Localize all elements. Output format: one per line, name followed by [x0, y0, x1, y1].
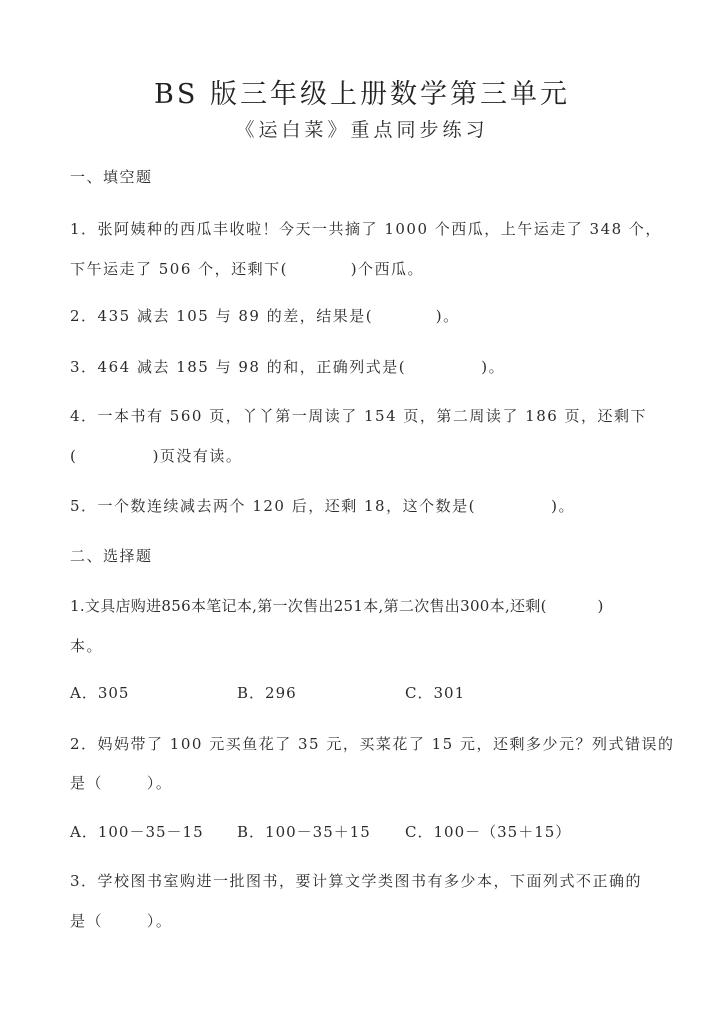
question-1-line-1: 1．张阿姨种的西瓜丰收啦！今天一共摘了 1000 个西瓜，上午运走了 348 个…	[70, 218, 662, 239]
document-subtitle: 《运白菜》重点同步练习	[0, 115, 724, 142]
choice-question-1-line-2: 本。	[70, 635, 103, 656]
document-title: BS 版三年级上册数学第三单元	[0, 72, 724, 111]
choice-question-1-line-1: 1.文具店购进856本笔记本,第一次售出251本,第二次售出300本,还剩( )	[70, 595, 604, 616]
question-5-line-1: 5．一个数连续减去两个 120 后，还剩 18，这个数是( )。	[70, 495, 575, 516]
choice-2-option-a: A．100－35－15	[70, 821, 204, 842]
choice-2-option-b: B．100－35＋15	[237, 821, 371, 842]
choice-question-3-line-1: 3．学校图书室购进一批图书，要计算文学类图书有多少本，下面列式不正确的	[70, 870, 642, 891]
question-4-line-1: 4．一本书有 560 页，丫丫第一周读了 154 页，第二周读了 186 页，还…	[70, 405, 647, 426]
section-heading-multiple-choice: 二、选择题	[70, 545, 153, 566]
choice-1-option-a: A．305	[70, 682, 129, 703]
choice-question-3-line-2: 是（ ）。	[70, 910, 172, 931]
section-heading-fill-blank: 一、填空题	[70, 166, 153, 187]
choice-1-option-b: B．296	[237, 682, 297, 703]
choice-1-option-c: C．301	[405, 682, 465, 703]
question-4-line-2: ( )页没有读。	[70, 445, 242, 466]
choice-question-2-line-2: 是（ ）。	[70, 772, 172, 793]
question-2-line-1: 2．435 减去 105 与 89 的差，结果是( )。	[70, 305, 460, 326]
worksheet-page: BS 版三年级上册数学第三单元 《运白菜》重点同步练习 一、填空题 1．张阿姨种…	[0, 0, 724, 1024]
choice-question-2-line-1: 2．妈妈带了 100 元买鱼花了 35 元，买菜花了 15 元，还剩多少元？列式…	[70, 733, 674, 754]
choice-2-option-c: C．100－（35＋15）	[405, 821, 571, 842]
question-1-line-2: 下午运走了 506 个，还剩下( )个西瓜。	[70, 258, 424, 279]
question-3-line-1: 3．464 减去 185 与 98 的和，正确列式是( )。	[70, 356, 505, 377]
